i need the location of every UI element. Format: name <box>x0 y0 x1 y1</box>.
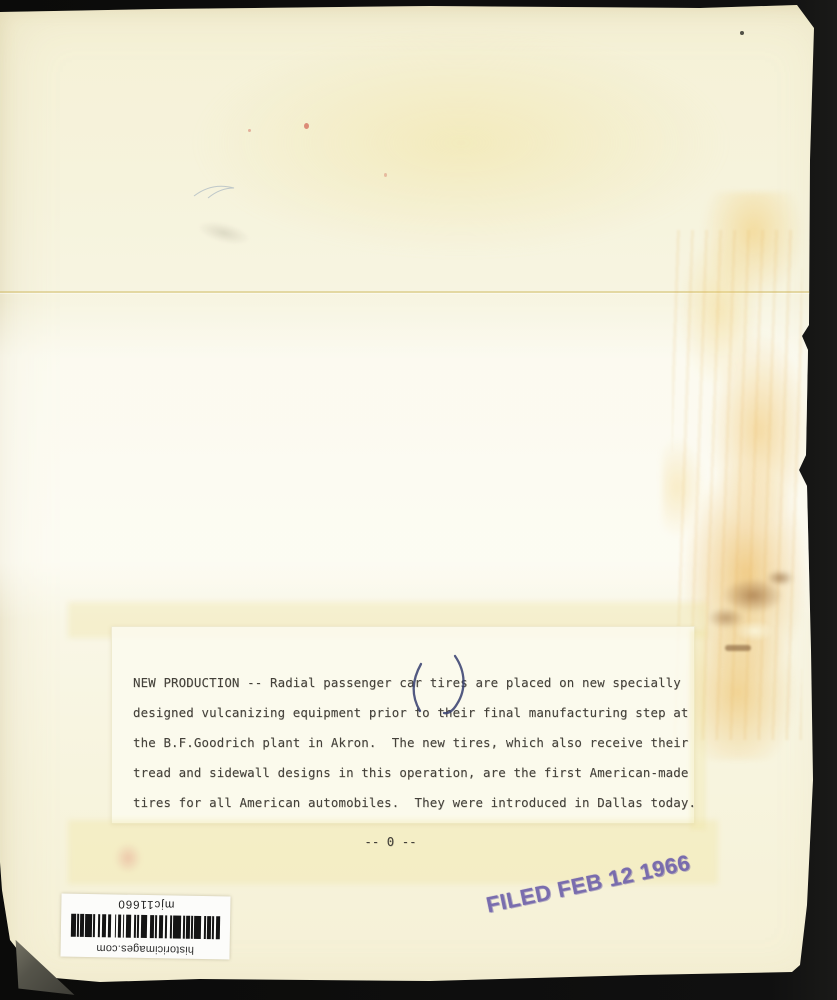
caption-line: NEW PRODUCTION -- Radial passenger car t… <box>133 668 693 698</box>
stain-highlight <box>730 618 780 644</box>
tape-ghost-band-lower <box>68 820 718 884</box>
yellowed-area-top <box>120 0 740 340</box>
red-speck <box>384 173 387 177</box>
caption-slip-edge <box>690 630 706 830</box>
photo-paper: NEW PRODUCTION -- Radial passenger car t… <box>0 0 837 1000</box>
horizontal-crease <box>0 291 812 293</box>
stain-streaks <box>672 230 802 740</box>
inventory-barcode-label: historicimages.com mjc11660 <box>60 894 230 960</box>
caption-line: tread and sidewall designs in this opera… <box>133 758 693 788</box>
caption-slip <box>111 626 695 824</box>
typed-caption: NEW PRODUCTION -- Radial passenger car t… <box>133 668 693 818</box>
handwritten-parentheses <box>405 650 475 720</box>
filed-date-stamp: FILED FEB 12 1966 <box>484 851 685 918</box>
red-speck <box>248 129 251 132</box>
pencil-smudge <box>186 212 262 255</box>
caption-line: tires for all American automobiles. They… <box>133 788 693 818</box>
red-speck <box>304 123 309 129</box>
caption-end-mark: -- 0 -- <box>133 834 648 849</box>
label-website-text: historicimages.com <box>96 942 194 956</box>
stain-dash <box>725 645 751 651</box>
tape-ghost-band <box>68 602 708 638</box>
dark-speck <box>740 31 744 35</box>
barcode <box>70 914 220 940</box>
handwritten-parenthesis-close <box>444 656 464 713</box>
blue-scribble <box>190 178 260 208</box>
water-stain <box>662 192 814 760</box>
dark-stain-spot <box>698 562 798 642</box>
caption-line: designed vulcanizing equipment prior to … <box>133 698 693 728</box>
label-id-text: mjc11660 <box>117 898 174 911</box>
handwritten-parenthesis-open <box>414 664 421 711</box>
red-ink-smudge <box>110 838 146 878</box>
scanned-photo-back: NEW PRODUCTION -- Radial passenger car t… <box>0 0 837 1000</box>
caption-line: the B.F.Goodrich plant in Akron. The new… <box>133 728 693 758</box>
lighter-area-middle <box>0 300 812 620</box>
